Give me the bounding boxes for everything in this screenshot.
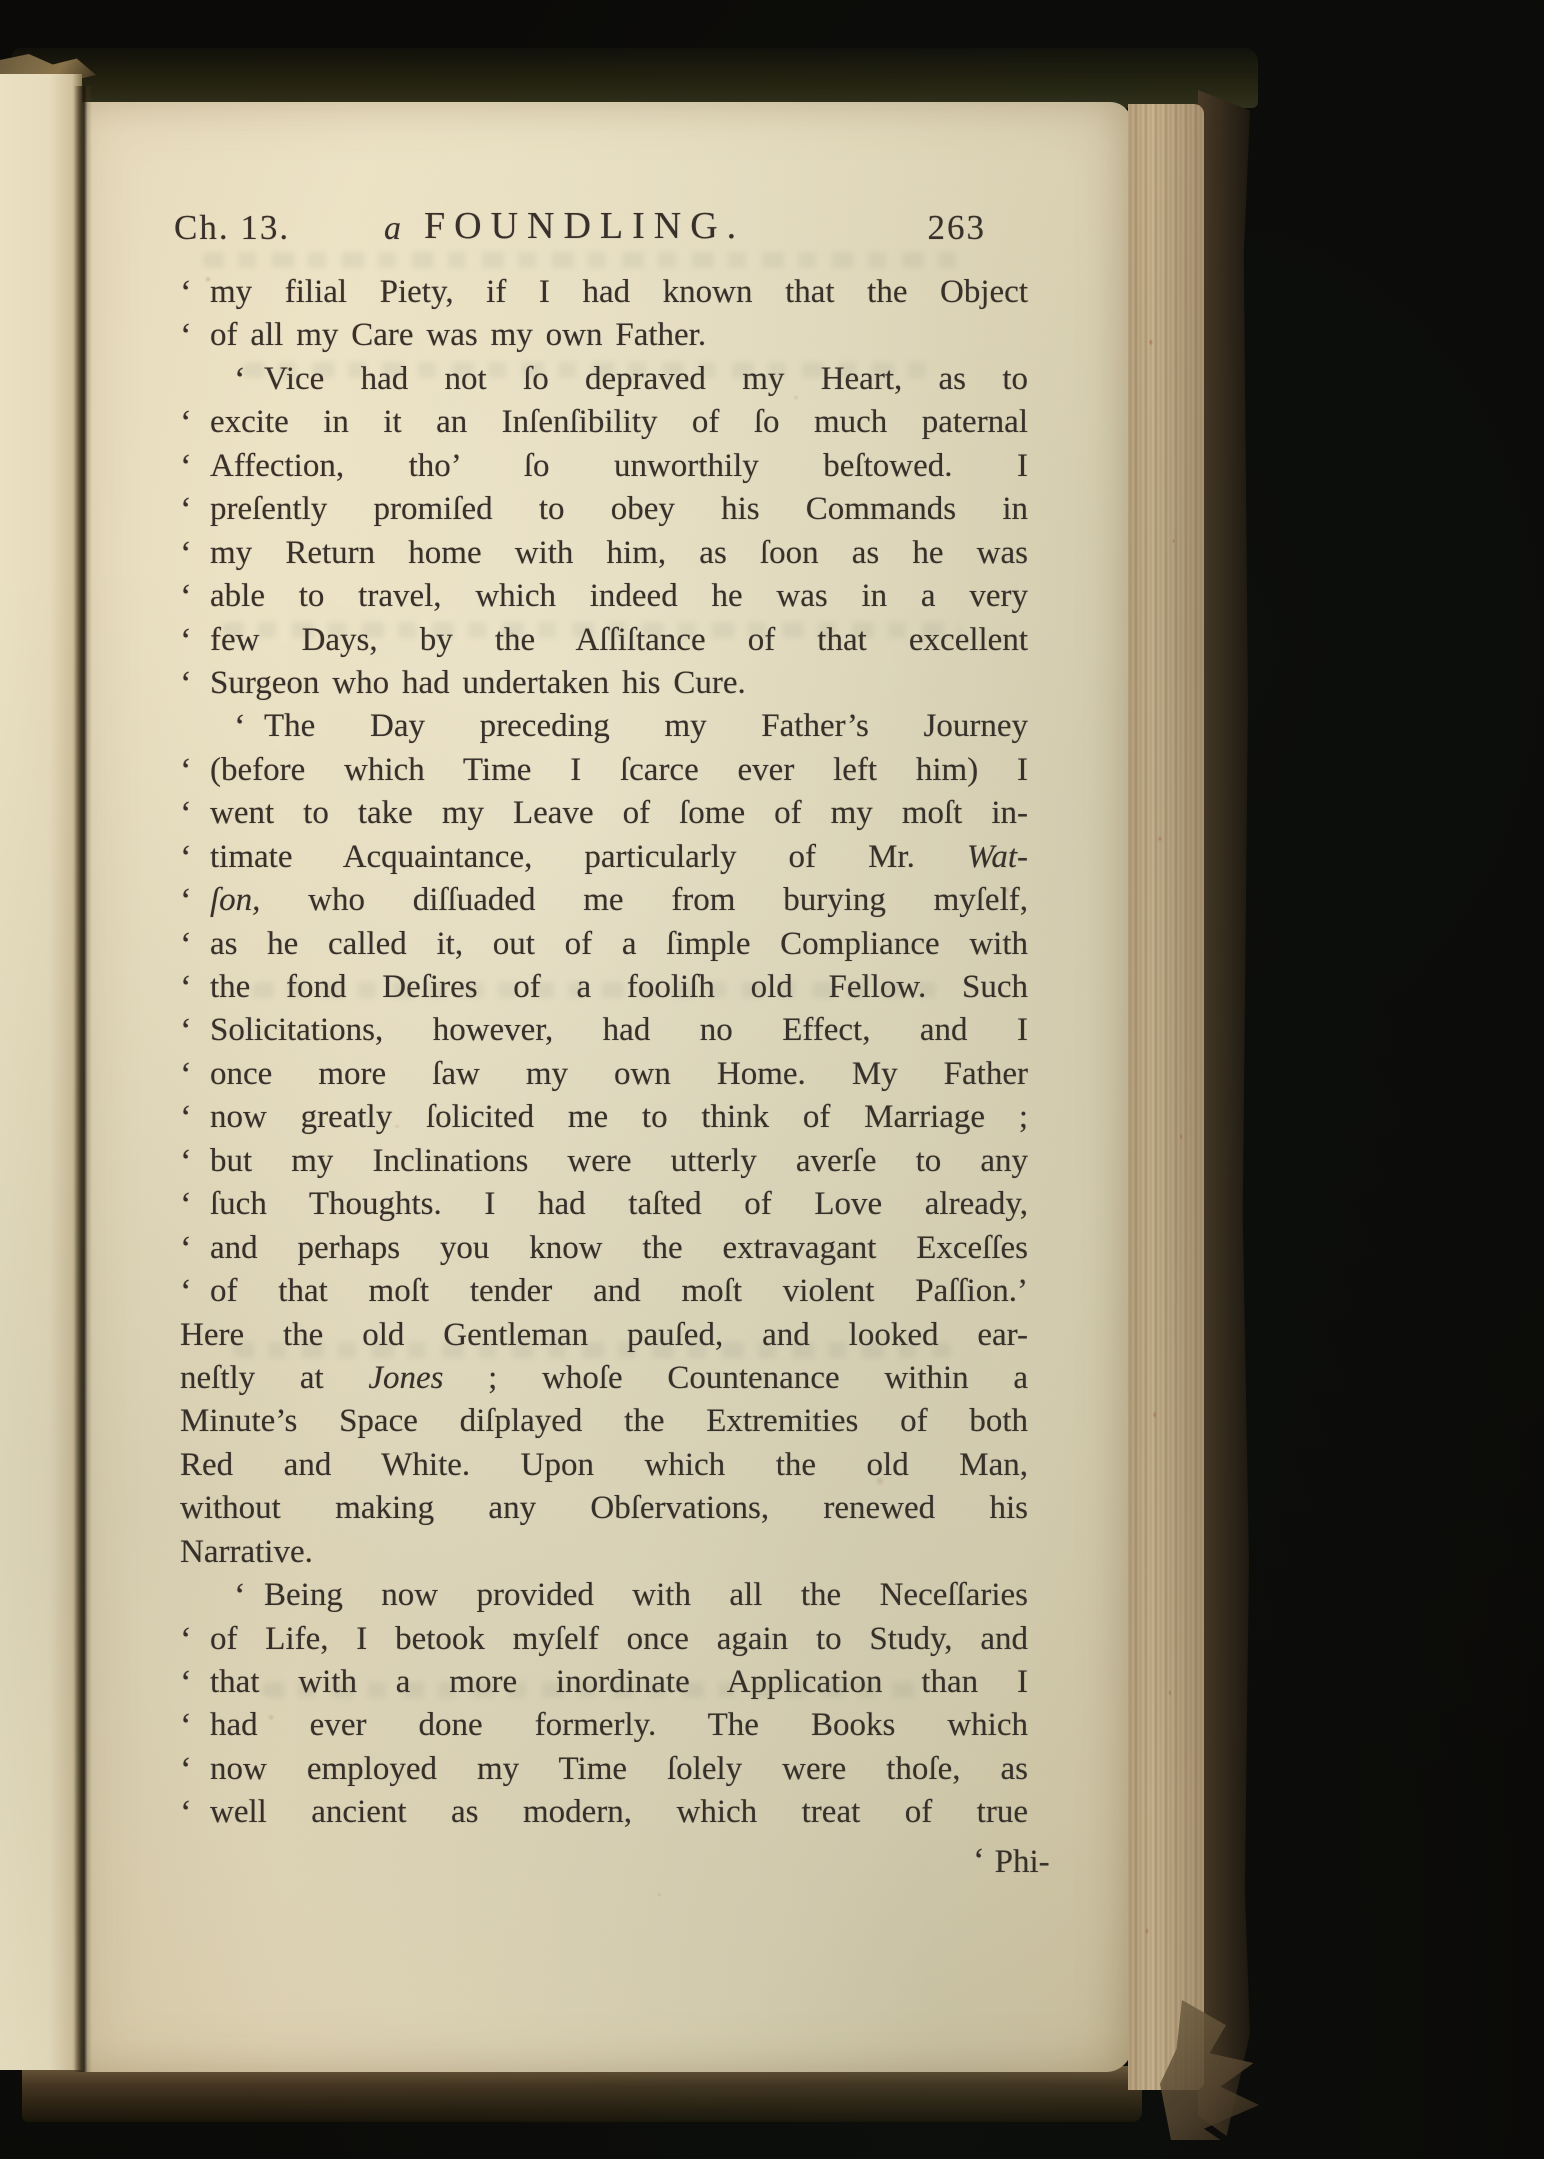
line-text: Surgeon who had undertaken his Cure. [210,662,1028,705]
line-text: well ancient as modern, which treat of t… [210,1791,1028,1834]
text-segment: Being now provided with all the Neceſſar… [264,1577,1028,1613]
text-block: ‘my filial Piety, if I had known that th… [180,271,1028,1835]
line-text: of all my Care was my own Father. [210,314,1028,357]
line-text: ſon, who diſſuaded me from burying myſel… [210,879,1028,922]
line-text: excite in it an Inſenſibility of ſo much… [210,401,1028,444]
text-segment: went to take my Leave of ſome of my moſt… [210,795,1028,831]
line-text: once more ſaw my own Home. My Father [210,1053,1028,1096]
quote-mark: ‘ [180,662,210,705]
quote-mark: ‘ [180,1618,210,1661]
text-segment: neſtly at [180,1360,368,1396]
line-text: that with a more inordinate Application … [210,1661,1028,1704]
text-line: ‘the fond Deſires of a fooliſh old Fello… [180,966,1028,1009]
text-segment: few Days, by the Aſſiſtance of that exce… [210,622,1028,658]
quote-mark: ‘ [180,836,210,879]
line-text: of Life, I betook myſelf once again to S… [210,1618,1028,1661]
quote-mark: ‘ [180,749,210,792]
line-text: ſuch Thoughts. I had taſted of Love alre… [210,1183,1028,1226]
text-segment: Red and White. Upon which the old Man, [180,1447,1028,1483]
text-line: without making any Obſervations, renewed… [180,1487,1028,1530]
quote-mark: ‘ [180,1183,210,1226]
text-line: ‘of Life, I betook myſelf once again to … [180,1618,1028,1661]
quote-mark: ‘ [180,966,210,1009]
text-line: ‘that with a more inordinate Application… [180,1661,1028,1704]
quote-mark: ‘ [180,923,210,966]
text-line: ‘now employed my Time ſolely were thoſe,… [180,1748,1028,1791]
line-text: preſently promiſed to obey his Commands … [210,488,1028,531]
text-segment: Here the old Gentleman pauſed, and looke… [180,1317,1028,1353]
text-segment: Affection, tho’ ſo unworthily beſtowed. … [210,448,1028,484]
facing-page-sliver [0,74,82,2070]
line-text: as he called it, out of a ſimple Complia… [210,923,1028,966]
quote-mark: ‘ [180,1270,210,1313]
text-line: ‘as he called it, out of a ſimple Compli… [180,923,1028,966]
text-line: Red and White. Upon which the old Man, [180,1444,1028,1487]
page-content: Ch. 13. a FOUNDLING. 263 ‘my filial Piet… [180,0,1028,2159]
line-text: Solicitations, however, had no Effect, a… [210,1009,1028,1052]
text-line: ‘went to take my Leave of ſome of my moſ… [180,792,1028,835]
quote-mark: ‘ [180,271,210,314]
text-segment: of all my Care was my own Father. [210,317,706,353]
line-text: neſtly at Jones ; whoſe Countenance with… [180,1357,1028,1400]
line-text: now greatly ſolicited me to think of Mar… [210,1096,1028,1139]
text-segment: had ever done formerly. The Books which [210,1707,1028,1743]
book-cover-right-edge [1198,90,1250,2136]
page-fore-edges [1128,104,1204,2090]
text-line: ‘Solicitations, however, had no Effect, … [180,1009,1028,1052]
quote-mark: ‘ [180,314,210,357]
text-line: ‘(before which Time I ſcarce ever left h… [180,749,1028,792]
text-segment: the fond Deſires of a fooliſh old Fellow… [210,969,1028,1005]
quote-mark: ‘ [973,1841,985,1880]
text-segment: now greatly ſolicited me to think of Mar… [210,1099,1028,1135]
text-line: ‘excite in it an Inſenſibility of ſo muc… [180,401,1028,444]
italic-text: Jones [368,1360,443,1396]
text-segment: as he called it, out of a ſimple Complia… [210,926,1028,962]
page-number: 263 [928,208,987,248]
chapter-label: Ch. 13. [174,208,290,248]
text-line: ‘once more ſaw my own Home. My Father [180,1053,1028,1096]
line-text: went to take my Leave of ſome of my moſt… [210,792,1028,835]
text-line: ‘Being now provided with all the Neceſſa… [180,1574,1028,1617]
text-line: ‘of all my Care was my own Father. [180,314,1028,357]
line-text: the fond Deſires of a fooliſh old Fellow… [210,966,1028,1009]
line-text: The Day preceding my Father’s Journey [264,705,1028,748]
text-line: ‘ſon, who diſſuaded me from burying myſe… [180,879,1028,922]
text-segment: but my Inclinations were utterly averſe … [210,1143,1028,1179]
text-segment: The Day preceding my Father’s Journey [264,708,1028,744]
text-segment: my Return home with him, as ſoon as he w… [210,535,1028,571]
text-segment: (before which Time I ſcarce ever left hi… [210,752,1028,788]
text-segment: of that moſt tender and moſt violent Paſ… [210,1273,1028,1309]
running-title: FOUNDLING. [424,204,745,248]
line-text: Narrative. [180,1531,1028,1574]
text-segment: now employed my Time ſolely were thoſe, … [210,1751,1028,1787]
quote-mark: ‘ [180,1748,210,1791]
quote-mark: ‘ [180,1096,210,1139]
text-segment: once more ſaw my own Home. My Father [210,1056,1028,1092]
text-segment: able to travel, which indeed he was in a… [210,578,1028,614]
text-line: ‘of that moſt tender and moſt violent Pa… [180,1270,1028,1313]
text-line: Narrative. [180,1531,1028,1574]
text-segment: ; whoſe Countenance within a [443,1360,1028,1396]
text-segment: excite in it an Inſenſibility of ſo much… [210,404,1028,440]
quote-mark: ‘ [180,401,210,444]
text-line: ‘had ever done formerly. The Books which [180,1704,1028,1747]
text-line: ‘but my Inclinations were utterly averſe… [180,1140,1028,1183]
text-segment: and perhaps you know the extravagant Exc… [210,1230,1028,1266]
line-text: few Days, by the Aſſiſtance of that exce… [210,619,1028,662]
quote-mark: ‘ [180,792,210,835]
text-line: Here the old Gentleman pauſed, and looke… [180,1314,1028,1357]
line-text: (before which Time I ſcarce ever left hi… [210,749,1028,792]
quote-mark: ‘ [234,705,264,748]
text-segment: well ancient as modern, which treat of t… [210,1794,1028,1830]
quote-mark: ‘ [234,358,264,401]
catchword-text: Phi- [995,1844,1050,1880]
italic-text: Wat- [967,839,1028,875]
italic-text: ſon, [210,882,260,918]
text-segment: Surgeon who had undertaken his Cure. [210,665,746,701]
text-line: Minute’s Space diſplayed the Extremities… [180,1400,1028,1443]
text-segment: of Life, I betook myſelf once again to S… [210,1621,1028,1657]
text-line: ‘Affection, tho’ ſo unworthily beſtowed.… [180,445,1028,488]
quote-mark: ‘ [180,1140,210,1183]
line-text: my filial Piety, if I had known that the… [210,271,1028,314]
text-segment: who diſſuaded me from burying myſelf, [260,882,1028,918]
text-segment: without making any Obſervations, renewed… [180,1490,1028,1526]
line-text: my Return home with him, as ſoon as he w… [210,532,1028,575]
quote-mark: ‘ [180,1704,210,1747]
line-text: of that moſt tender and moſt violent Paſ… [210,1270,1028,1313]
text-line: ‘few Days, by the Aſſiſtance of that exc… [180,619,1028,662]
line-text: Vice had not ſo depraved my Heart, as to [264,358,1028,401]
text-segment: my filial Piety, if I had known that the… [210,274,1028,310]
text-line: ‘my filial Piety, if I had known that th… [180,271,1028,314]
text-line: ‘The Day preceding my Father’s Journey [180,705,1028,748]
text-segment: that with a more inordinate Application … [210,1664,1028,1700]
quote-mark: ‘ [180,1227,210,1270]
line-text: and perhaps you know the extravagant Exc… [210,1227,1028,1270]
quote-mark: ‘ [180,445,210,488]
text-line: neſtly at Jones ; whoſe Countenance with… [180,1357,1028,1400]
quote-mark: ‘ [180,1053,210,1096]
line-text: but my Inclinations were utterly averſe … [210,1140,1028,1183]
quote-mark: ‘ [234,1574,264,1617]
text-line: ‘Surgeon who had undertaken his Cure. [180,662,1028,705]
line-text: Being now provided with all the Neceſſar… [264,1574,1028,1617]
text-line: ‘my Return home with him, as ſoon as he … [180,532,1028,575]
quote-mark: ‘ [180,619,210,662]
quote-mark: ‘ [180,879,210,922]
text-segment: timate Acquaintance, particularly of Mr. [210,839,967,875]
text-line: ‘and perhaps you know the extravagant Ex… [180,1227,1028,1270]
text-segment: preſently promiſed to obey his Commands … [210,491,1028,527]
quote-mark: ‘ [180,1661,210,1704]
text-segment: Solicitations, however, had no Effect, a… [210,1012,1028,1048]
text-line: ‘Vice had not ſo depraved my Heart, as t… [180,358,1028,401]
line-text: timate Acquaintance, particularly of Mr.… [210,836,1028,879]
line-text: without making any Obſervations, renewed… [180,1487,1028,1530]
text-line: ‘able to travel, which indeed he was in … [180,575,1028,618]
text-line: ‘ſuch Thoughts. I had taſted of Love alr… [180,1183,1028,1226]
quote-mark: ‘ [180,1009,210,1052]
line-text: Affection, tho’ ſo unworthily beſtowed. … [210,445,1028,488]
quote-mark: ‘ [180,532,210,575]
line-text: able to travel, which indeed he was in a… [210,575,1028,618]
text-segment: Vice had not ſo depraved my Heart, as to [264,361,1028,397]
text-line: ‘preſently promiſed to obey his Commands… [180,488,1028,531]
book-photograph: Ch. 13. a FOUNDLING. 263 ‘my filial Piet… [0,0,1544,2159]
line-text: had ever done formerly. The Books which [210,1704,1028,1747]
text-segment: Minute’s Space diſplayed the Extremities… [180,1403,1028,1439]
line-text: Here the old Gentleman pauſed, and looke… [180,1314,1028,1357]
quote-mark: ‘ [180,575,210,618]
line-text: Minute’s Space diſplayed the Extremities… [180,1400,1028,1443]
text-line: ‘well ancient as modern, which treat of … [180,1791,1028,1834]
catchword: ‘Phi- [973,1841,1050,1881]
line-text: now employed my Time ſolely were thoſe, … [210,1748,1028,1791]
title-article: a [384,210,401,248]
gutter-crease [74,86,92,2072]
quote-mark: ‘ [180,488,210,531]
text-line: ‘now greatly ſolicited me to think of Ma… [180,1096,1028,1139]
quote-mark: ‘ [180,1791,210,1834]
line-text: Red and White. Upon which the old Man, [180,1444,1028,1487]
text-segment: ſuch Thoughts. I had taſted of Love alre… [210,1186,1028,1222]
text-line: ‘timate Acquaintance, particularly of Mr… [180,836,1028,879]
running-header: Ch. 13. a FOUNDLING. 263 [180,204,1028,256]
text-segment: Narrative. [180,1534,313,1570]
